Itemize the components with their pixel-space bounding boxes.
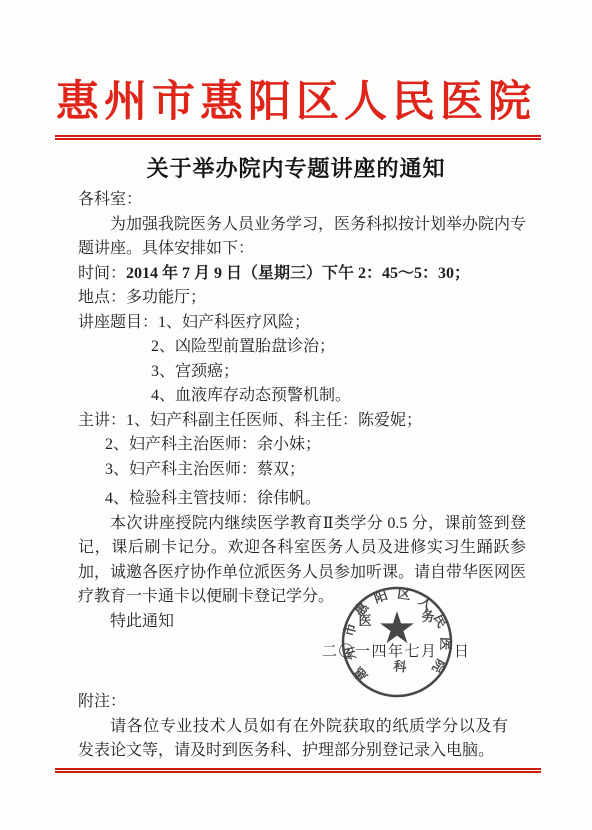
hospital-name: 惠州市惠阳区人民医院 [0,68,592,129]
topics-label: 讲座题目： [78,314,158,331]
appendix-label: 附注： [78,690,508,715]
appendix-section: 附注： 请各位专业技术人员如有在外院获取的纸质学分以及有发表论文等，请及时到医务… [78,690,508,764]
place-label: 地点： [78,289,126,306]
footer-divider-rule [55,768,541,773]
time-value: 2014 年 7 月 9 日（星期三）下午 2：45～5：30； [126,265,470,282]
speaker-item: 1、妇产科副主任医师、科主任：陈爱妮； [126,412,422,429]
speaker-item: 4、检验科主管技师：徐伟帆。 [78,487,526,512]
appendix-text: 请各位专业技术人员如有在外院获取的纸质学分以及有发表论文等，请及时到医务科、护理… [78,715,508,764]
notice-body: 各科室： 为加强我院医务人员业务学习，医务科拟按计划举办院内专题讲座。具体安排如… [78,188,526,634]
seal-graphic: 惠州市惠阳区人民医院 ★ 医 务 科 [338,583,456,701]
topic-item: 4、血液库存动态预警机制。 [78,384,526,409]
scanned-notice-page: 惠州市惠阳区人民医院 关于举办院内专题讲座的通知 各科室： 为加强我院医务人员业… [0,0,592,830]
speakers-label: 主讲： [78,412,126,429]
seal-star-icon: ★ [377,603,416,654]
closing-phrase: 特此通知 [78,610,526,635]
time-label: 时间： [78,265,126,282]
time-line: 时间：2014 年 7 月 9 日（星期三）下午 2：45～5：30； [78,262,526,287]
seal-dept-char: 务 [421,609,434,624]
topics-first-line: 讲座题目：1、妇产科医疗风险； [78,311,526,336]
speakers-first-line: 主讲：1、妇产科副主任医师、科主任：陈爱妮； [78,409,526,434]
speaker-item: 3、妇产科主治医师：蔡双； [78,458,526,483]
notice-title: 关于举办院内专题讲座的通知 [0,152,592,183]
seal-dept-char: 医 [358,613,371,628]
header-divider-rule [55,135,541,140]
credit-paragraph: 本次讲座授院内继续医学教育Ⅱ类学分 0.5 分，课前签到登记，课后刷卡记分。欢迎… [78,512,526,610]
topic-item: 2、凶险型前置胎盘诊治； [78,335,526,360]
seal-dept-char: 科 [392,658,408,674]
official-seal: 惠州市惠阳区人民医院 ★ 医 务 科 [338,583,456,701]
place-line: 地点：多功能厅； [78,286,526,311]
salutation: 各科室： [78,188,526,213]
topic-item: 1、妇产科医疗风险； [158,314,310,331]
intro-paragraph: 为加强我院医务人员业务学习，医务科拟按计划举办院内专题讲座。具体安排如下： [78,213,526,262]
place-value: 多功能厅； [126,289,206,306]
topic-item: 3、宫颈癌； [78,360,526,385]
speaker-item: 2、妇产科主治医师：余小妹； [78,433,526,458]
